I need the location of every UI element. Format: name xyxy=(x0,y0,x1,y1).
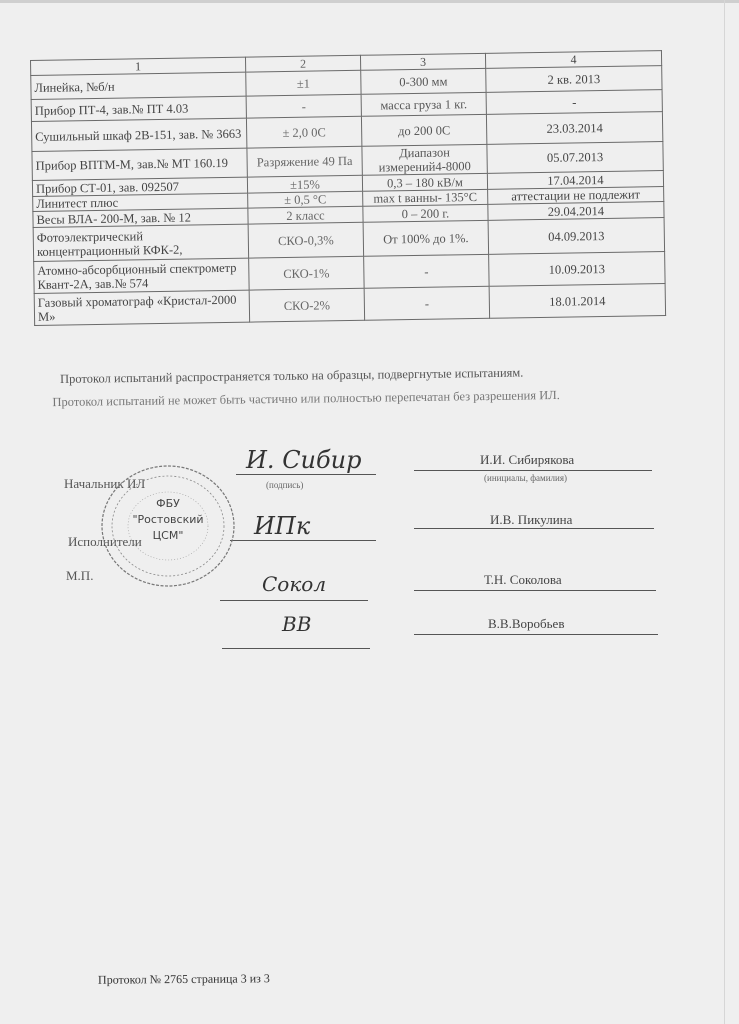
equipment-table: 1 2 3 4 Линейка, №б/н±10-300 мм2 кв. 201… xyxy=(30,50,666,326)
signature-line xyxy=(236,474,376,475)
signature-sokolova: Сокол xyxy=(262,572,326,596)
scan-page-edge xyxy=(724,0,725,1024)
range-cell: - xyxy=(364,254,489,288)
equipment-name-cell: Фотоэлектрический концентрационный КФК-2… xyxy=(33,224,249,261)
accuracy-cell: СКО-1% xyxy=(249,256,364,290)
name-sibiryakova: И.И. Сибирякова xyxy=(480,452,574,468)
equipment-name-cell: Прибор ВПТМ-М, зав.№ МТ 160.19 xyxy=(32,148,247,180)
verification-date-cell: - xyxy=(486,90,662,115)
accuracy-cell: - xyxy=(246,94,361,118)
verification-date-cell: 05.07.2013 xyxy=(487,142,663,174)
initials-caption: (инициалы, фамилия) xyxy=(484,473,567,483)
verification-date-cell: 18.01.2014 xyxy=(489,284,665,319)
signature-pikulina: ИПк xyxy=(254,512,310,540)
signature-line xyxy=(230,540,376,541)
range-cell: масса груза 1 кг. xyxy=(361,92,486,116)
range-cell: Диапазон измерений4-8000 xyxy=(362,144,487,175)
official-stamp: ФБУ "Ростовский ЦСМ" xyxy=(98,462,238,590)
notes-section: Протокол испытаний распространяется толь… xyxy=(60,365,560,418)
range-cell: max t ванны- 135°С xyxy=(363,189,488,206)
signature-vorobiev: ВВ xyxy=(282,612,311,636)
verification-date-cell: 23.03.2014 xyxy=(486,112,662,145)
accuracy-cell: ±15% xyxy=(247,175,362,193)
name-line xyxy=(414,528,654,529)
name-line xyxy=(414,470,652,471)
signature-caption: (подпись) xyxy=(266,480,303,490)
signature-head: И. Сибир xyxy=(246,446,361,474)
range-cell: 0,3 – 180 кВ/м xyxy=(362,173,487,191)
accuracy-cell: Разряжение 49 Па xyxy=(247,146,362,177)
name-vorobiev: В.В.Воробьев xyxy=(488,616,564,632)
equipment-name-cell: Линейка, №б/н xyxy=(31,72,246,99)
accuracy-cell: ±1 xyxy=(246,70,361,96)
verification-date-cell: 2 кв. 2013 xyxy=(486,66,662,93)
equipment-name-cell: Сушильный шкаф 2В-151, зав. № 3663 xyxy=(31,118,246,151)
equipment-name-cell: Атомно-абсорбционный спектрометр Квант-2… xyxy=(34,258,249,293)
name-sokolova: Т.Н. Соколова xyxy=(484,572,562,588)
name-line xyxy=(414,634,658,635)
range-cell: - xyxy=(364,286,489,320)
page-footer: Протокол № 2765 страница 3 из 3 xyxy=(98,971,270,987)
equipment-name-cell: Газовый хроматограф «Кристал-2000 М» xyxy=(34,290,249,325)
range-cell: до 200 0С xyxy=(361,114,486,146)
stamp-text: ФБУ "Ростовский ЦСМ" xyxy=(98,496,238,544)
accuracy-cell: ± 2,0 0С xyxy=(246,116,361,148)
note-scope: Протокол испытаний распространяется толь… xyxy=(60,365,560,387)
accuracy-cell: СКО-0,3% xyxy=(248,222,364,258)
signature-line xyxy=(220,600,368,601)
verification-date-cell: 04.09.2013 xyxy=(488,218,665,255)
accuracy-cell: 2 класс xyxy=(248,206,363,224)
name-pikulina: И.В. Пикулина xyxy=(490,512,572,528)
note-reprint: Протокол испытаний не может быть частичн… xyxy=(52,388,560,410)
scan-top-edge xyxy=(0,0,739,3)
name-line xyxy=(414,590,656,591)
range-cell: 0-300 мм xyxy=(361,68,486,94)
equipment-table-container: 1 2 3 4 Линейка, №б/н±10-300 мм2 кв. 201… xyxy=(30,50,666,326)
seal-label: М.П. xyxy=(66,568,93,584)
verification-date-cell: 10.09.2013 xyxy=(489,252,665,287)
range-cell: 0 – 200 г. xyxy=(363,204,488,222)
range-cell: От 100% до 1%. xyxy=(363,220,489,256)
signature-line xyxy=(222,648,370,649)
accuracy-cell: СКО-2% xyxy=(249,288,364,322)
